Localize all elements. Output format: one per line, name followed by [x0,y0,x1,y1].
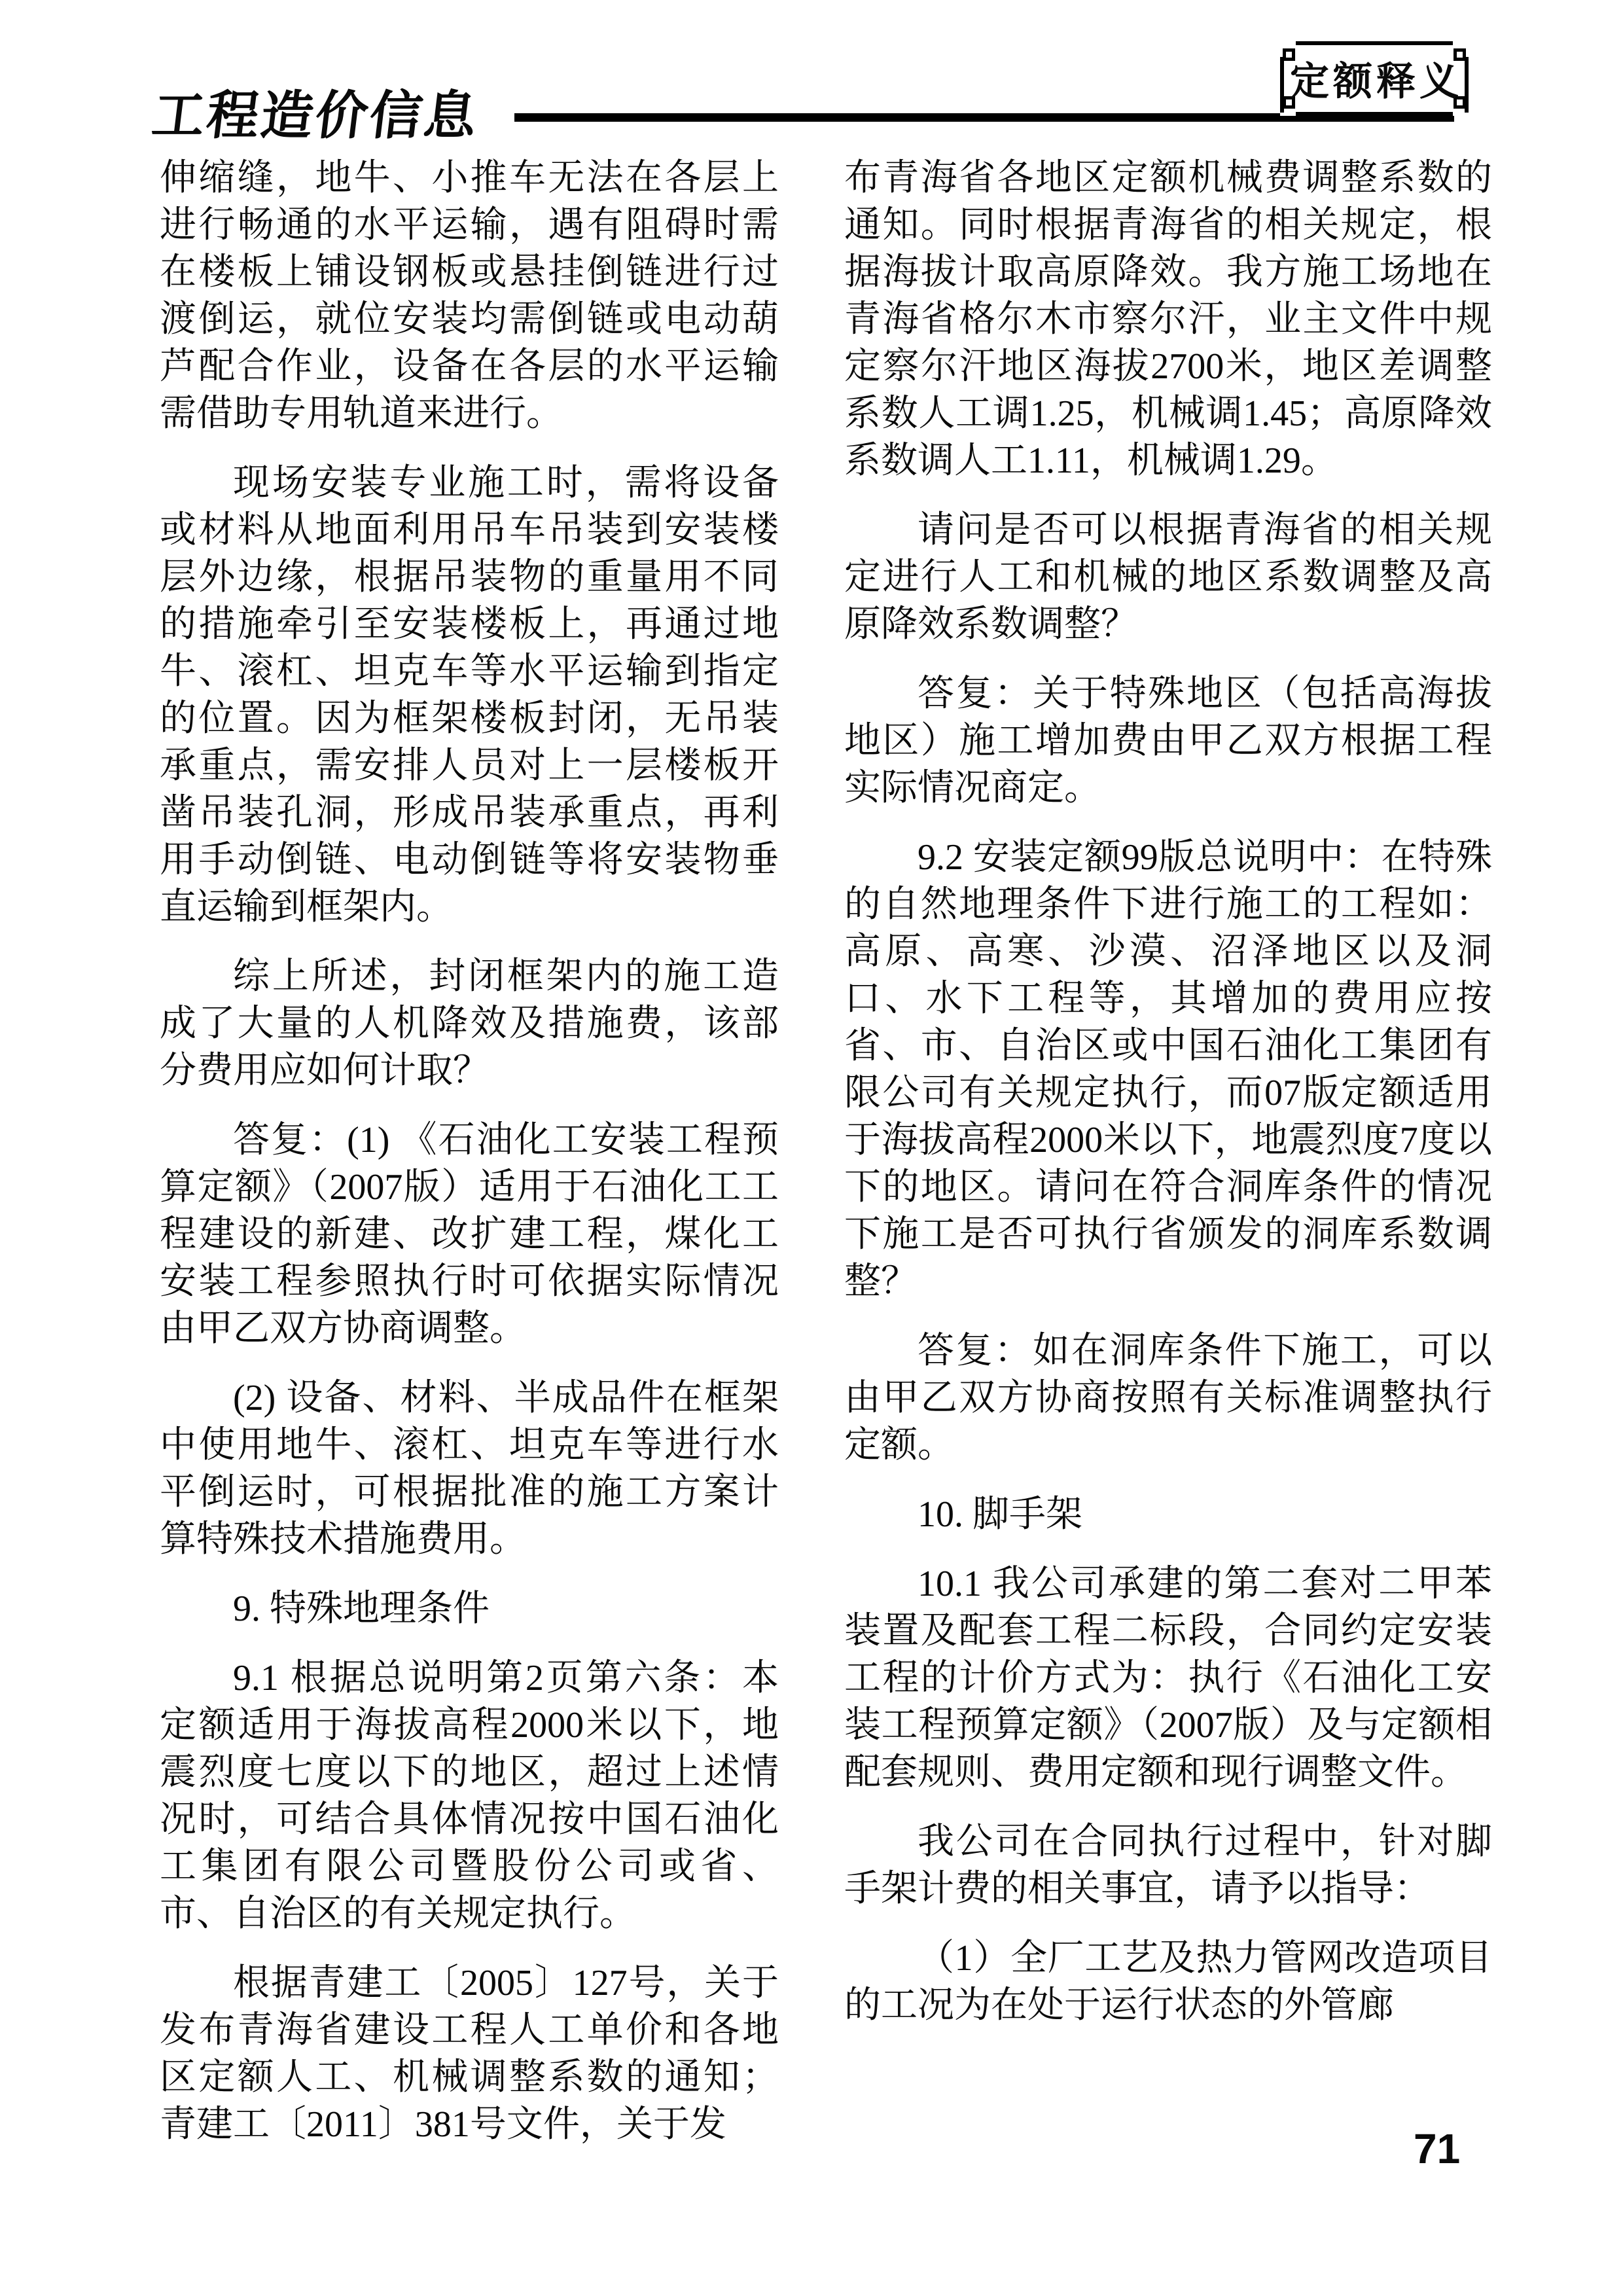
paragraph: 答复：如在洞库条件下施工，可以由甲乙双方协商按照有关标准调整执行定额。 [844,1327,1492,1469]
magazine-page: 工程造价信息 定额释义 伸缩缝，地牛、小推车无法在各层上进行畅通的水平运输，遇有… [0,0,1623,2296]
section-label: 定额释义 [1280,41,1469,116]
page-number: 71 [1414,2125,1460,2173]
masthead-title: 工程造价信息 [149,73,484,149]
paragraph: 我公司在合同执行过程中，针对脚手架计费的相关事宜，请予以指导： [844,1818,1492,1912]
paragraph: 10.1 我公司承建的第二套对二甲苯装置及配套工程二标段，合同约定安装工程的计价… [844,1560,1492,1796]
paragraph: 现场安装专业施工时，需将设备或材料从地面利用吊车吊装到安装楼层外边缘，根据吊装物… [160,459,779,931]
paragraph: 综上所述，封闭框架内的施工造成了大量的人机降效及措施费，该部分费用应如何计取？ [160,953,779,1094]
paragraph: 答复：(1) 《石油化工安装工程预算定额》（2007版）适用于石油化工工程建设的… [160,1117,779,1352]
paragraph: 请问是否可以根据青海省的相关规定进行人工和机械的地区系数调整及高原降效系数调整？ [844,507,1492,648]
text-column-right: 布青海省各地区定额机械费调整系数的通知。同时根据青海省的相关规定，根据海拔计取高… [844,154,1492,2148]
section-heading: 9. 特殊地理条件 [160,1585,779,1632]
section-heading: 10. 脚手架 [844,1491,1492,1538]
paragraph: (2) 设备、材料、半成品件在框架中使用地牛、滚杠、坦克车等进行水平倒运时，可根… [160,1374,779,1563]
paragraph: 9.1 根据总说明第2页第六条：本定额适用于海拔高程2000米以下，地震烈度七度… [160,1655,779,1937]
body-columns: 伸缩缝，地牛、小推车无法在各层上进行畅通的水平运输，遇有阻碍时需在楼板上铺设钢板… [160,154,1492,2148]
paragraph: （1）全厂工艺及热力管网改造项目的工况为在处于运行状态的外管廊 [844,1935,1492,2029]
text-column-left: 伸缩缝，地牛、小推车无法在各层上进行畅通的水平运输，遇有阻碍时需在楼板上铺设钢板… [160,154,779,2148]
paragraph: 9.2 安装定额99版总说明中：在特殊的自然地理条件下进行施工的工程如：高原、高… [844,834,1492,1305]
paragraph: 答复：关于特殊地区（包括高海拔地区）施工增加费由甲乙双方根据工程实际情况商定。 [844,670,1492,812]
section-label-box: 定额释义 [1280,41,1469,116]
paragraph: 布青海省各地区定额机械费调整系数的通知。同时根据青海省的相关规定，根据海拔计取高… [844,154,1492,484]
paragraph: 根据青建工〔2005〕127号，关于发布青海省建设工程人工单价和各地区定额人工、… [160,1960,779,2148]
paragraph: 伸缩缝，地牛、小推车无法在各层上进行畅通的水平运输，遇有阻碍时需在楼板上铺设钢板… [160,154,779,437]
